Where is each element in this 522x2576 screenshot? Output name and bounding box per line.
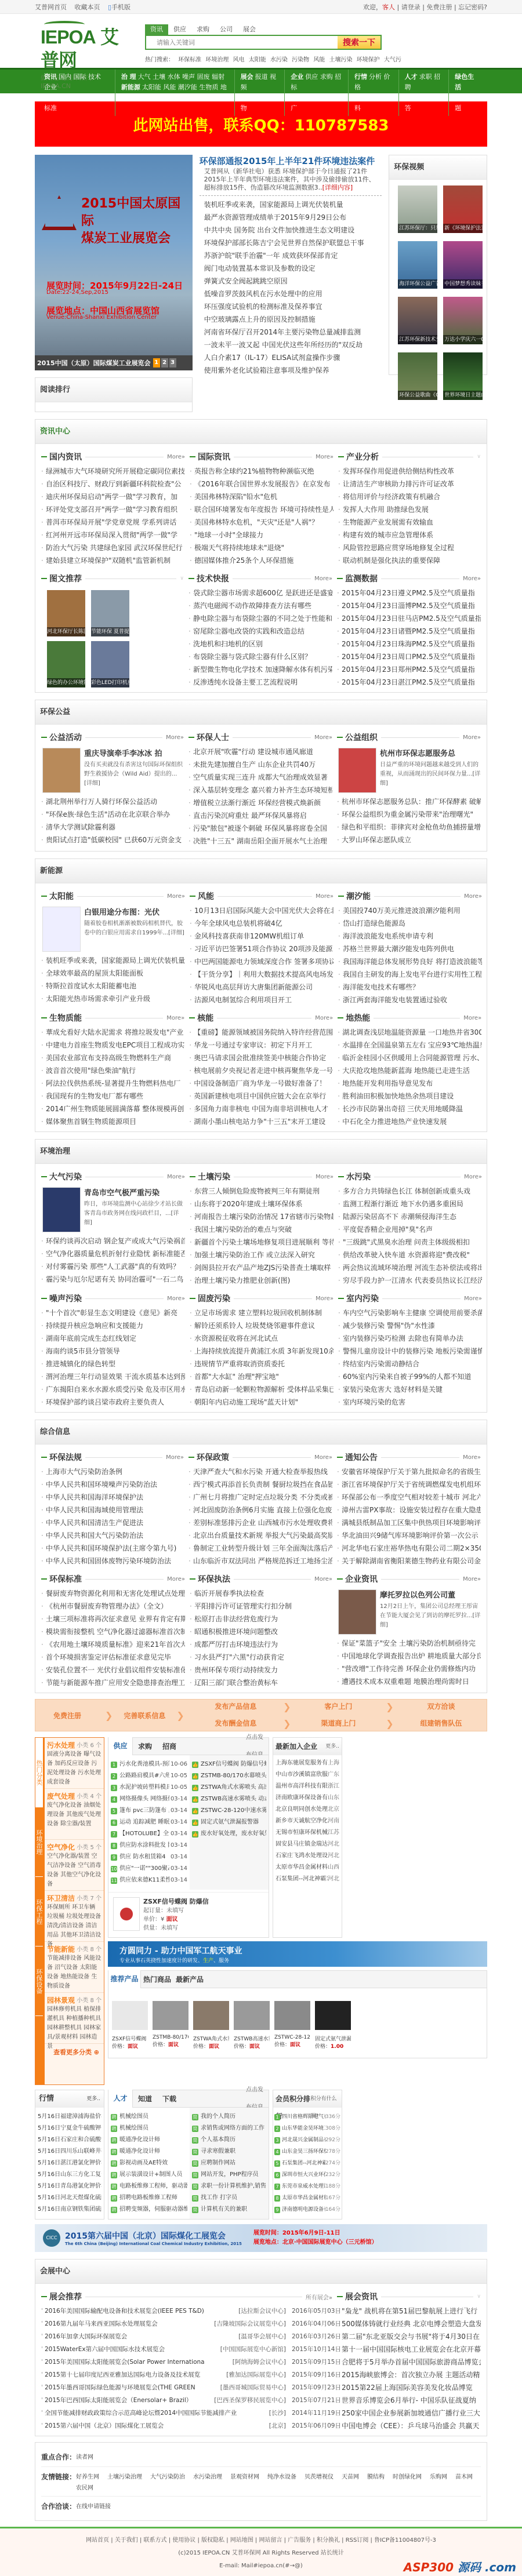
hot-word[interactable]: 环境保护 — [357, 57, 380, 63]
nav-head[interactable]: 新能源 — [121, 83, 140, 91]
list-item[interactable]: 构建有效的城市应急管理体系 — [338, 529, 481, 541]
list-item[interactable]: 中国设备制造厂商为华龙一号做好准备了！ — [189, 1077, 333, 1090]
side-tab-governance[interactable]: 环境治理 — [35, 1807, 43, 1877]
expo-news-item[interactable]: 中国电博会（CEE）：乒乓球马治盛会 共赢天 — [337, 2419, 481, 2432]
list-item[interactable]: 2015年04月23日遵义PM2.5及空气质量指 — [337, 587, 481, 599]
column-title[interactable]: 国际资讯 — [198, 451, 230, 463]
headline-item[interactable]: 装机旺季或来袭，国家能源局上调光伏装机量 — [200, 198, 382, 211]
more-link[interactable]: More» — [463, 734, 481, 741]
expo-news-item[interactable]: 250家中国企业参展新加坡通信广播行业三大 — [337, 2407, 481, 2419]
list-item[interactable]: 2015年04月23日湛江PM2.5及空气质量指 — [337, 676, 481, 689]
tab-download[interactable]: 下载 — [157, 2090, 182, 2108]
list-item[interactable]: 警惕儿童房设计中的装修污染 地板污染需谨慎 — [338, 1345, 482, 1358]
coal-expo-banner[interactable]: CICC 2015第六届中国（北京）国际煤化工展览会The 6th China … — [35, 2224, 487, 2252]
list-item[interactable]: 环评处党支部召开"两学一做"学习教育组织 — [41, 503, 185, 516]
list-item[interactable]: 自治区科技厅、财政厅到新疆环科院检查"公 — [41, 478, 185, 490]
list-item[interactable]: 【干货分享】｜利用大数据技术提高风电场发 — [190, 968, 333, 981]
home-link[interactable]: 艾普网首页 — [35, 3, 67, 11]
list-item[interactable]: 深入基层转变理念 嘉兴着力补齐生态环境短板 — [188, 784, 332, 796]
column-title[interactable]: 大气污染 — [49, 1171, 82, 1183]
list-item[interactable]: "地球一小时"全球接力 — [190, 529, 333, 541]
list-item[interactable]: 青岛启动新一轮颗粒物源解析 受体样品采集已 — [190, 1383, 333, 1396]
hot-supply-item[interactable]: 👍ZSTWB高速水雾喷头 动态传输皮带 — [192, 1793, 266, 1805]
nav-head[interactable]: 产品 — [291, 94, 303, 101]
nav-head[interactable]: 企业 — [291, 73, 303, 81]
column-title[interactable]: 环保人士 — [197, 732, 229, 743]
list-item[interactable]: 沽源风电制氢综合利用项目开工 — [190, 994, 333, 1006]
column-title[interactable]: 环保政策 — [197, 1451, 229, 1463]
nav-links[interactable]: 大气 土壤 水体 噪声 固废 辐射 — [138, 73, 224, 81]
link-item[interactable]: 纯净水设备 — [267, 2472, 296, 2480]
nav-head[interactable]: 下载 — [354, 94, 367, 101]
list-item[interactable]: 今年全球风电总装机将破4亿 — [190, 917, 333, 930]
more-link[interactable]: More» — [464, 1174, 482, 1180]
more-link[interactable]: More» — [314, 1576, 332, 1582]
company-item[interactable]: 新乡市天诚航空净化设备有限河南 — [275, 1815, 339, 1827]
list-item[interactable]: 我国现有的生物发电厂都有哪些 — [41, 1090, 184, 1103]
featured-article[interactable]: 白银用途分布图：光伏随着胶卷相机渐渐被数码相机替代，胶卷中的白银应用需求自199… — [41, 904, 185, 954]
job-item[interactable]: 聘暖通净化设计师 — [111, 2134, 187, 2146]
list-item[interactable]: 环保约谈再次启动 钢企复产或成大气污染祸首 — [41, 1235, 185, 1247]
nav-head[interactable]: 资讯 — [44, 73, 57, 81]
list-item[interactable]: 漳州古雷PX事故：设施安装过程存在重大隐患 — [337, 1504, 481, 1516]
more-categories-button[interactable]: 查看更多分类 ⊕ — [45, 2044, 104, 2060]
supply-item[interactable]: 4网络摄像头 网络摄像机 13003-14 — [111, 1793, 187, 1805]
expo-item[interactable]: 2015年巴西国际太阳能展览会（Enersolar+ Brazil）[巴西圣保罗… — [41, 2394, 332, 2407]
list-item[interactable]: 多国角力南非核电 中国为南非培训核电人才 — [189, 1103, 333, 1115]
list-item[interactable]: 2015年04月23日周口PM2.5及空气质量指 — [337, 650, 481, 663]
tab-hot-products[interactable]: 热门商品 — [141, 1971, 173, 1988]
headline-item[interactable]: 弹簧式安全阀起跳跳空原因 — [200, 275, 382, 288]
list-item[interactable]: 我国自主研发的海上发电平台进行实用性工程 — [338, 968, 482, 981]
list-item[interactable]: 将信用评价与经济政策有机融合 — [338, 490, 481, 503]
step-negotiate[interactable]: 双方洽谈 — [396, 1701, 487, 1712]
list-item[interactable]: 上海持续放流提升黄浦江水质 3年新发现10余 — [190, 1345, 333, 1358]
list-item[interactable]: 餐厨废弃物资源化利用和无害化处理试点处理 — [41, 1587, 185, 1600]
more-link[interactable]: More» — [316, 1174, 333, 1180]
picture-item[interactable]: 绿色的办公环境能提高 — [47, 641, 85, 687]
footer-link[interactable]: 关于我们 — [115, 2537, 138, 2544]
category-items[interactable]: 固液分离设备 曝气设备 加药反应设备 污泥处理设备 污水处理成套设备 — [47, 1750, 101, 1787]
link-item[interactable]: 景观资材网 — [230, 2472, 259, 2480]
expo-item[interactable]: 2015年美国国际太阳能展览会(Solar Power Internationa… — [41, 2356, 332, 2368]
search-tab-company[interactable]: 公司 — [215, 24, 238, 35]
nav-head[interactable]: 公益 — [241, 94, 253, 101]
list-item[interactable]: 渭河治理三年行动显效果 干流水质基本达到预 — [41, 1370, 185, 1383]
headline-item[interactable]: 苏浙沪皖"联手治霾"一年 成效获环保部肯定 — [200, 249, 382, 262]
hot-word[interactable]: 污染物 — [292, 57, 309, 63]
market-item[interactable]: 5月16日福建漳浦海盐价格动态 — [38, 2111, 101, 2123]
headline-item[interactable]: 使用紫外老化试验箱注意事项及维护保养 — [200, 364, 382, 377]
list-item[interactable]: 湖南年底前完成生态红线划定 — [41, 1332, 185, 1345]
list-item[interactable]: 10月13日启国际风能大会中国光伏大会将在北 — [190, 904, 333, 917]
list-item[interactable]: 美国弗林特深陷"铅水"危机 — [190, 490, 333, 503]
list-item[interactable]: 窑尾除尘器电改袋的实践和改造总结 — [188, 625, 332, 638]
list-item[interactable]: 装机旺季或来袭，国家能源局上调光伏装机量 — [41, 954, 185, 967]
product-card[interactable]: 固定式氨气泄漏报价格：1.00 — [315, 2001, 351, 2050]
job-item[interactable]: 聘招聘变频器，伺服驱动器维修工程师 — [111, 2204, 187, 2215]
tab-buy[interactable]: 求购 — [133, 1738, 157, 1755]
list-item[interactable]: 长沙市民防暑出奇招 三伏天用地暖降温 — [338, 1103, 481, 1115]
job-item[interactable]: 聘暖通净化设计师 — [111, 2146, 187, 2157]
list-item[interactable]: 决胜"十三五" 湖南岳阳全面开展水气土治理 — [188, 835, 332, 847]
list-item[interactable]: 全球效率最高的屋顶太阳能面板 — [41, 967, 185, 980]
supply-item[interactable]: 5篷布 pvc三防篷布 具有防03-14 — [111, 1805, 187, 1817]
job-item[interactable]: 聘影视动画及AE特效 — [111, 2157, 187, 2169]
list-item[interactable]: 英报告称全球约21%植物物种濒临灭绝 — [190, 465, 333, 478]
tab-talent[interactable]: 人才 — [108, 2090, 133, 2108]
job-item[interactable]: 聘招聘电路板维修工程师 — [111, 2192, 187, 2204]
aerospace-banner[interactable]: 方圆同力 - 助力中国军工航天事业 专业从事石英挠性加速度计的研发、生产、服务 — [108, 1941, 487, 1967]
list-item[interactable]: 车内空气污染影响车主健康 空调使用前要杀菌 — [338, 1307, 482, 1319]
list-item[interactable]: 水温排在全国温泉第五左右 宝应93℃地热温泉 — [338, 1039, 481, 1051]
column-title[interactable]: 潮汐能 — [346, 890, 371, 902]
expo-item[interactable]: 2015WaterEx第六届中国国际水技术展览会[中国国际展览中心新馆]2015… — [41, 2343, 332, 2356]
list-item[interactable]: 剑阁县拉开农产品产地ZJS污染普查土壤取样 — [190, 1261, 333, 1274]
supply-item[interactable]: 8供应防水涂料批发 防水材料批03-14 — [111, 1840, 187, 1851]
nav-head[interactable]: 展会 — [241, 73, 253, 81]
video-thumb[interactable]: 世界环境日主题曲--环 — [443, 352, 483, 400]
column-title[interactable]: 环保标准 — [49, 1573, 82, 1585]
link-item[interactable]: 贝茨增视仪 — [304, 2472, 333, 2480]
list-item[interactable]: "三级跳"式黑臭水治理 问责主体级级相扣 — [338, 1236, 482, 1249]
list-item[interactable]: 联合国环境署发布年度报告 环境可持续性是人 — [190, 503, 333, 516]
list-item[interactable]: 防治大气污染 共建绿色家园 武汉环保世纪行 — [41, 541, 185, 554]
points-item[interactable]: 7东莞市泉威水处理设备有限188分 — [274, 2181, 340, 2192]
list-item[interactable]: 首个环境损害鉴定评估标准征求意见完毕 — [41, 1651, 185, 1664]
list-item[interactable]: 贵阳试点打造"低碳校园" 已获60万元资金支 — [41, 834, 184, 846]
list-item[interactable]: 天津严查大气和水污染 开通大检查举报热线 — [188, 1465, 332, 1478]
list-item[interactable]: 空气净化器质量危机折射行业隐忧 新标准能否 — [41, 1247, 185, 1260]
market-item[interactable]: 5月16日石家庄和合硫酸钾价格 — [38, 2134, 101, 2146]
list-item[interactable]: 《2016年联合国世界水发展报告》在京发布 — [190, 478, 333, 490]
tab-invest[interactable]: 招商 — [157, 1738, 182, 1755]
more-link[interactable]: More» — [166, 1015, 184, 1021]
hot-supply-item[interactable]: 👍ZSTMB-80/170水幕喷头 消防水幕 — [192, 1770, 266, 1782]
list-item[interactable]: 家装污染危害大 选好材料是关键 — [338, 1383, 482, 1396]
list-item[interactable]: 习水县严打"六黑"行动获肯定 — [190, 1651, 332, 1664]
list-item[interactable]: 多方合力共铸绿色长江 体制创新成重头戏 — [338, 1185, 482, 1198]
column-title[interactable]: 土壤污染 — [198, 1171, 230, 1183]
more-link[interactable]: More» — [464, 1296, 482, 1302]
more-link[interactable]: More» — [463, 1576, 481, 1582]
list-item[interactable]: 海洋波浪能发电系统申请专利 — [338, 930, 482, 943]
featured-product[interactable]: ZSXF信号蝶阀 防爆信 起订量：未填写 单价：¥ 面议 供量：未填写 — [108, 1892, 269, 1937]
list-item[interactable]: 《杭州市餐厨废弃物管理办法》（全文） — [41, 1600, 185, 1613]
forgot-password-link[interactable]: 忘记密码? — [458, 3, 487, 11]
list-item[interactable]: 习近平访巴签署51项合作协议 20项涉及能源 — [190, 943, 333, 955]
search-tab-expo[interactable]: 展会 — [238, 24, 261, 35]
category-name[interactable]: 污水处理 — [47, 1740, 75, 1750]
list-item[interactable]: 土壤三项标准将再次征求意见 业界有肯定有期 — [41, 1613, 185, 1625]
list-item[interactable]: 室内环境污染的危害 — [338, 1396, 482, 1409]
company-item[interactable]: 济南欧康环保设备有限公司山东 — [275, 1792, 339, 1804]
picture-item[interactable]: 河北环保厅长陈国 — [47, 590, 85, 636]
list-item[interactable]: 布袋除尘器与袋式除尘器有什么区别？ — [188, 650, 332, 663]
more-link[interactable]: More» — [316, 1296, 333, 1302]
company-item[interactable]: 中山市沙溪镇富欣服饰制衣厂广东 — [275, 1769, 339, 1781]
column-title[interactable]: 风能 — [198, 890, 214, 902]
list-item[interactable]: 供给改革驶入快车道 水资源将迎"费改税" — [338, 1249, 482, 1261]
list-item[interactable]: 发挥环保作用促进供给侧结构性改革 — [338, 465, 481, 478]
list-item[interactable]: 关于解除湖南省衡阳莱德生物药业有限公司金 — [337, 1555, 481, 1567]
list-item[interactable]: "环保e族·绿色生活"活动在北京联合举办 — [41, 808, 184, 821]
market-item[interactable]: 5月16日宁夏金牛硫酸钾价格动 — [38, 2123, 101, 2134]
list-item[interactable]: 北京出台质量技术新规 举报大气污染最高奖励 — [188, 1529, 332, 1542]
hot-word[interactable]: 风电 — [233, 57, 245, 63]
search-tab-supply[interactable]: 供应 — [168, 24, 191, 35]
list-item[interactable]: 北京开展"吹霾"行动 建设城市通风廊道 — [188, 745, 332, 758]
expo-news-item[interactable]: 世界音乐博览会6月举行- 中国乐队征战夏纳 — [337, 2394, 481, 2407]
hot-word[interactable]: 环保标准 — [178, 57, 201, 63]
list-item[interactable]: 苏格兰世界最大潮汐能发电阵列供电 — [338, 943, 482, 955]
list-item[interactable]: 成都严厉打击环境违法行为 — [190, 1638, 332, 1651]
list-item[interactable]: 2015年04月23日淄博PM2.5及空气质量指 — [337, 599, 481, 612]
list-item[interactable]: 监测工程渐行渐近 地下水仍遇多重困局 — [338, 1198, 482, 1210]
list-item[interactable]: 【重磅】能源领域被国务院纳入特许经营范围 — [189, 1026, 333, 1039]
column-title[interactable]: 监测数据 — [345, 573, 378, 584]
hot-supply-item[interactable]: 👍固定式氨气泄漏报警器 — [192, 1817, 266, 1828]
new-companies-more[interactable]: 更多.. — [325, 1738, 339, 1755]
list-item[interactable]: 海洋能发电技术有哪些？ — [338, 981, 482, 994]
resume-item[interactable]: 简找工作 打字员 — [192, 2192, 266, 2204]
step-sales-team[interactable]: 组建销售队伍 — [396, 1718, 487, 1729]
list-item[interactable]: 胜利油田积极加快地热余热项目建设 — [338, 1090, 481, 1103]
company-item[interactable]: 太原市华昌金属材料有限公司山西 — [275, 1862, 339, 1873]
link-item[interactable]: 土壤污染治理 — [107, 2472, 142, 2480]
list-item[interactable]: 上海市大气污染防治条例 — [41, 1465, 184, 1478]
list-item[interactable]: 中华人民共和国环境保护法(主席令第九号) — [41, 1542, 184, 1555]
list-item[interactable]: 鲁制定工业转型升级计划 三年全面淘汰落后产 — [188, 1542, 332, 1555]
column-title[interactable]: 公益活动 — [49, 732, 82, 743]
supply-item[interactable]: 6运动 追踪减肥 睡眠 监测 蓝牙03-14 — [111, 1817, 187, 1828]
nav-head[interactable]: 政策 — [44, 94, 57, 101]
side-tab-equipment[interactable]: 环保设备 — [35, 1946, 43, 2016]
list-item[interactable]: 绿色和平组织：菲律宾对金枪鱼幼鱼捕捞量增 — [337, 821, 481, 834]
list-item[interactable]: "营改增"工作待完善 环保企业仍需修炼内功 — [337, 1662, 481, 1675]
expo-news-item[interactable]: 第十一届中国国际核电工业展览会在北京开幕 — [337, 2343, 481, 2356]
hot-word[interactable]: 环境治理 — [205, 57, 229, 63]
more-link[interactable]: More» — [167, 893, 185, 900]
supply-item[interactable]: 2公路路肩模具#六角水库护坡10-05 — [111, 1770, 187, 1782]
list-item[interactable]: 终结室内污染需动静结合 — [338, 1358, 482, 1370]
register-link[interactable]: 免费注册 — [426, 3, 452, 11]
link-item[interactable]: 读者网 — [76, 2452, 93, 2462]
list-item[interactable]: 陆源污染居高不下 赤潮频侵海洋生态 — [338, 1210, 482, 1223]
list-item[interactable]: 室内装修污染巧检测 去除也有简单办法 — [338, 1332, 482, 1345]
video-thumb[interactable]: 中国梦想秀读妹子环保 — [443, 241, 483, 289]
expo-item[interactable]: 全国节能减排财政政策综合示范高峰论坛暨2014中国国际节能减排产业[长沙]201… — [41, 2407, 332, 2419]
company-item[interactable]: 石家庄飞鸿水处理设备技术有河北 — [275, 1850, 339, 1862]
link-item[interactable]: 大气污染防治 — [150, 2472, 185, 2480]
list-item[interactable]: 贵州环保专项行动持续发力 — [190, 1664, 332, 1676]
expo-news-item[interactable]: 2015海峡旅博会：首次独立办展 主题活动精 — [337, 2368, 481, 2381]
expo-item[interactable]: 2016年加拿大国际环保展览会[温哥华会展中心]2016年03月26日 — [41, 2330, 332, 2343]
list-item[interactable]: 2015年04月23日驻马店PM2.5及空气质量指 — [337, 612, 481, 625]
list-item[interactable]: 立足市场需求 建立塑料垃圾回收机制体制 — [190, 1307, 333, 1319]
list-item[interactable]: 我国海洋能总体发展形势良好 将打造波浪能等 — [338, 955, 482, 968]
column-title[interactable]: 国内资讯 — [49, 451, 82, 463]
category-items[interactable]: 废气净化设备 油烟处理设备 其他废气处理设备 除尘器/装置 — [47, 1801, 101, 1829]
hot-word[interactable]: 大气污 — [384, 57, 401, 63]
list-item[interactable]: 中巴两国能源电力领域深度合作 签署多项协议 — [190, 955, 333, 968]
market-item[interactable]: 5月16日青岛港氯化钾价格动态 — [38, 2181, 101, 2192]
list-item[interactable]: 迪庆州环保局启动"两学一做"学习教育，加 — [41, 490, 185, 503]
list-item[interactable]: 辽阳三部门联合整治黄标车 — [190, 1676, 332, 1689]
list-item[interactable]: 中华人民共和国清洁生产促进法 — [41, 1516, 184, 1529]
mobile-link[interactable]: ▯手机版 — [108, 3, 130, 11]
list-item[interactable]: 霾污染与厄尔尼诺有关 协同治霾可"一石二鸟 — [41, 1273, 185, 1286]
footer-link[interactable]: 鲁ICP备11004807号-3 — [374, 2537, 436, 2544]
list-item[interactable]: 静电除尘器与布袋除尘器的不同之处于性能和 — [188, 612, 332, 625]
list-item[interactable]: 遭遇技术成本双重难题 地膜治理尚需时日 — [337, 1675, 481, 1688]
list-item[interactable]: 中华人民共和国环境噪声污染防治法 — [41, 1478, 184, 1491]
tab-recommended[interactable]: 推荐产品 — [108, 1970, 141, 1988]
headline-item[interactable]: 最严水资源管理成绩单于2015年9月29日公布 — [200, 211, 382, 224]
footer-link[interactable]: RSS订阅 — [346, 2537, 369, 2544]
slide-page-3[interactable]: 3 — [169, 358, 176, 368]
list-item[interactable]: 清华大学测试除霾利器 — [41, 821, 184, 834]
hot-supply-item[interactable]: 👍ZSXF信号蝶阀 防爆信号蝶阀 — [192, 1759, 266, 1770]
link-item[interactable]: 时创绿化网 — [393, 2472, 422, 2480]
more-link[interactable]: More» — [463, 576, 481, 582]
list-item[interactable]: 增值税立法渐行渐近 环保经营模式焕新颜 — [188, 796, 332, 809]
list-item[interactable]: 风险管控思路应贯穿场地修复全过程 — [338, 541, 481, 554]
slide-caption[interactable]: 2015中国（太原）国际煤炭工业展览会 — [37, 358, 151, 368]
market-more[interactable]: 更多.. — [86, 2090, 100, 2108]
list-item[interactable]: 两会热议流域环境治理 河流生态补偿法或将出 — [338, 1261, 482, 1274]
expo-news-item[interactable]: 2015第22届上海国际美容美发化妆品博览 — [337, 2381, 481, 2394]
headline-item[interactable]: 阀门电动装置基本常识及参数的设定 — [200, 262, 382, 275]
column-title[interactable]: 固废污染 — [198, 1293, 230, 1304]
list-item[interactable]: 环境保护部约谈吕梁市政府主要负责人 — [41, 1396, 185, 1409]
supply-item[interactable]: 10供应"一诺""300聚乙烯高分子03-14 — [111, 1863, 187, 1875]
list-item[interactable]: 中华人民共和国大气污染防治法 — [41, 1529, 184, 1542]
video-thumb[interactable]: 江苏环保厅：只靠环保 — [398, 185, 437, 233]
list-item[interactable]: 西宁模式再添首长负责制 餐厨垃圾挡在食品链 — [188, 1478, 332, 1491]
job-item[interactable]: 聘电路板维修工程师，驱动器维修工程 — [111, 2181, 187, 2192]
list-item[interactable]: 中华人民共和国固体废物污染环境防治法 — [41, 1555, 184, 1567]
list-item[interactable]: 广东揭阳自来水水源水质受污染 危及市区用水 — [41, 1383, 185, 1396]
expo-item[interactable]: 2015第六届中国（北京）国际煤化工展览会[北京]2015年06月09日 — [41, 2419, 332, 2432]
more-link[interactable]: More» — [167, 1576, 185, 1582]
list-item[interactable]: 山东临沂市双法同出 严格规范拆迁工地扬尘治 — [188, 1555, 332, 1567]
hot-word[interactable]: 土壤污染 — [329, 57, 353, 63]
list-item[interactable]: 联动机制是强化执法的重要保障 — [338, 554, 481, 567]
featured-article[interactable]: 重庆导演牵手李冰冰 拍没有买卖就没有杀害这句国际环保组织野生救援协会（Wild … — [41, 745, 184, 795]
list-item[interactable]: 湖北调查浅层地温能资源量 一口地热井省300 — [338, 1026, 481, 1039]
resume-item[interactable]: 简网站开发，PHP程序员 — [192, 2169, 266, 2181]
nav-head[interactable]: 绿色生活 — [455, 73, 474, 91]
list-item[interactable]: 湖南小墨山核电站力争"十三五"末开工建设 — [189, 1115, 333, 1128]
step-complete-info[interactable]: 完善联系信息 — [118, 1711, 171, 1720]
market-item[interactable]: 5月16日四川乐山联峰井矿盐价 — [38, 2146, 101, 2157]
list-item[interactable]: 阿法拉伐供热系统-显著提升生物燃料热电厂 — [41, 1077, 184, 1090]
company-item[interactable]: 温州市高洋科技有限公司浙江 — [275, 1781, 339, 1792]
list-item[interactable]: 2014广州生物质能展圆满落幕 整体规模再创 — [41, 1103, 184, 1115]
footer-link[interactable]: 使用协议 — [172, 2537, 195, 2544]
market-item[interactable]: 5月16日山东三方化工复合肥价 — [38, 2169, 101, 2181]
list-item[interactable]: 安装孔位置不一 光伏行业倡议组件安装标准化 — [41, 1664, 185, 1676]
resume-item[interactable]: 简我的个人简历 — [192, 2111, 266, 2123]
list-item[interactable]: 华龙一号通过专家审议：初定下月开工 — [189, 1039, 333, 1051]
job-item[interactable]: 聘机械绘图员 — [111, 2111, 187, 2123]
expo-news-item[interactable]: 第二届"东北亚版交会与书展"将于4月30日在 — [337, 2330, 481, 2343]
list-item[interactable]: 空气质量实现三连升 成都大气治理成效显著 — [188, 771, 332, 784]
list-item[interactable]: 极端天气将持续地球未"退烧" — [190, 541, 333, 554]
expo-item[interactable]: 2016第九届年马来西亚国际水处理展览会[吉隆坡国际会议展览中心]2016年04… — [41, 2317, 332, 2330]
column-title[interactable]: 通知公告 — [345, 1451, 378, 1463]
list-item[interactable]: 華成允看好大陆水泥需求 将推垃圾发电"产业 — [41, 1026, 184, 1039]
more-link[interactable]: More» — [314, 576, 332, 582]
column-title[interactable]: 太阳能 — [49, 890, 74, 902]
list-item[interactable]: 金风科技喜获南非120MW机组订单 — [190, 930, 333, 943]
column-title[interactable]: 技术快报 — [197, 573, 229, 584]
hot-supply-item[interactable]: 👍ZSTWC-28-120中速水雾喷头 闭式 — [192, 1805, 266, 1817]
column-title[interactable]: 室内污染 — [346, 1293, 379, 1304]
tab-new-products[interactable]: 最新产品 — [173, 1971, 206, 1988]
list-item[interactable]: 洗地机和扫地机的区别 — [188, 638, 332, 650]
step-customer[interactable]: 客户上门 — [293, 1701, 384, 1712]
list-item[interactable]: 减少装修污染 警惕"伪"水性漆 — [338, 1319, 482, 1332]
job-item[interactable]: 聘展示装潢设计+制图人员 — [111, 2169, 187, 2181]
list-item[interactable]: 山东将于2020年建成土壤环保体系 — [190, 1198, 333, 1210]
product-card[interactable]: ZSTMB-80/170价格：面议 — [153, 2001, 188, 2050]
list-item[interactable]: 发挥人大作用 助推绿色发展 — [338, 503, 481, 516]
list-item[interactable]: 河北固废防治条例6月实施 直接上位强化危废 — [188, 1504, 332, 1516]
headline-item[interactable]: 一波未平一波又起 中国光伏这些年所经历的"双反劫 — [200, 339, 382, 351]
points-item[interactable]: 1四川省格辉阳电气有限责任336分 — [274, 2111, 340, 2123]
column-title[interactable]: 生物质能 — [49, 1012, 82, 1024]
list-item[interactable]: 华锐风电高层拜访大唐集团新能源公司 — [190, 981, 333, 994]
list-item[interactable]: 华北油田兴9储气库环境影响评价第一次公示 — [337, 1529, 481, 1542]
list-item[interactable]: 2015年04月23日诸暨PM2.5及空气质量指 — [337, 625, 481, 638]
list-item[interactable]: 环保部公布一季度空气相对较差十城市 河北六 — [337, 1491, 481, 1504]
category-name[interactable]: 环卫清洁 — [47, 1893, 75, 1903]
more-link[interactable]: More» — [314, 1454, 332, 1461]
list-item[interactable]: 昭通积极推进环境问题整改 — [190, 1625, 332, 1638]
footer-link[interactable]: 广告服务 — [288, 2537, 311, 2544]
more-link[interactable]: More» — [167, 1174, 185, 1180]
list-item[interactable]: 海南约谈5市县分管领导 — [41, 1345, 185, 1358]
headline-item[interactable]: 低噪音罗茨鼓风机在污水处理中的应用 — [200, 288, 382, 300]
headline-item[interactable]: 人白介素17（IL-17）ELISA试剂盒操作步骤 — [200, 351, 382, 364]
footer-link[interactable]: 版权隐私 — [201, 2537, 224, 2544]
list-item[interactable]: 水资源税征收将在河北试点 — [190, 1332, 333, 1345]
search-tab-buy[interactable]: 求购 — [191, 24, 215, 35]
list-item[interactable]: 环保公益组织为重金属污染带来"治理曙光" — [337, 808, 481, 821]
hot-supply-item[interactable]: 👍废水好氧处理，废水好氧处理设 — [192, 1828, 266, 1840]
side-tab-hot[interactable]: 热门分类 — [35, 1738, 43, 1807]
job-item[interactable]: 聘机械绘图员 — [111, 2123, 187, 2134]
list-item[interactable]: 我国土壤污染防治的难点与突破 — [190, 1223, 333, 1236]
footer-link[interactable]: 网站留言 — [259, 2537, 282, 2544]
footer-link[interactable]: 网站地图 — [230, 2537, 253, 2544]
footer-link[interactable]: 联系方式 — [144, 2537, 167, 2544]
link-item[interactable]: 水污染治理 — [193, 2472, 222, 2480]
video-thumb[interactable]: 环保公益歌曲《Gree — [398, 352, 437, 400]
step-register[interactable]: 免费注册 — [35, 1711, 99, 1720]
list-item[interactable]: 安徽省环境保护厅关于第九批拟命名的省级生 — [337, 1465, 481, 1478]
points-item[interactable]: 9济南德明电源设备有限公司164分 — [274, 2204, 340, 2215]
video-thumb[interactable]: 新《环境保护法》进社 — [443, 185, 483, 233]
category-name[interactable]: 空气净化 — [47, 1842, 75, 1852]
video-thumb[interactable]: 万达小学庆六一07时装 — [443, 297, 483, 344]
login-link[interactable]: 请登录 — [401, 3, 420, 11]
list-item[interactable]: 对付雾霾污染 那些"人工武器"真的有效吗？ — [41, 1260, 185, 1273]
search-button[interactable]: 搜索一下 — [338, 36, 380, 49]
category-name[interactable]: 节能新能 — [47, 1944, 75, 1954]
